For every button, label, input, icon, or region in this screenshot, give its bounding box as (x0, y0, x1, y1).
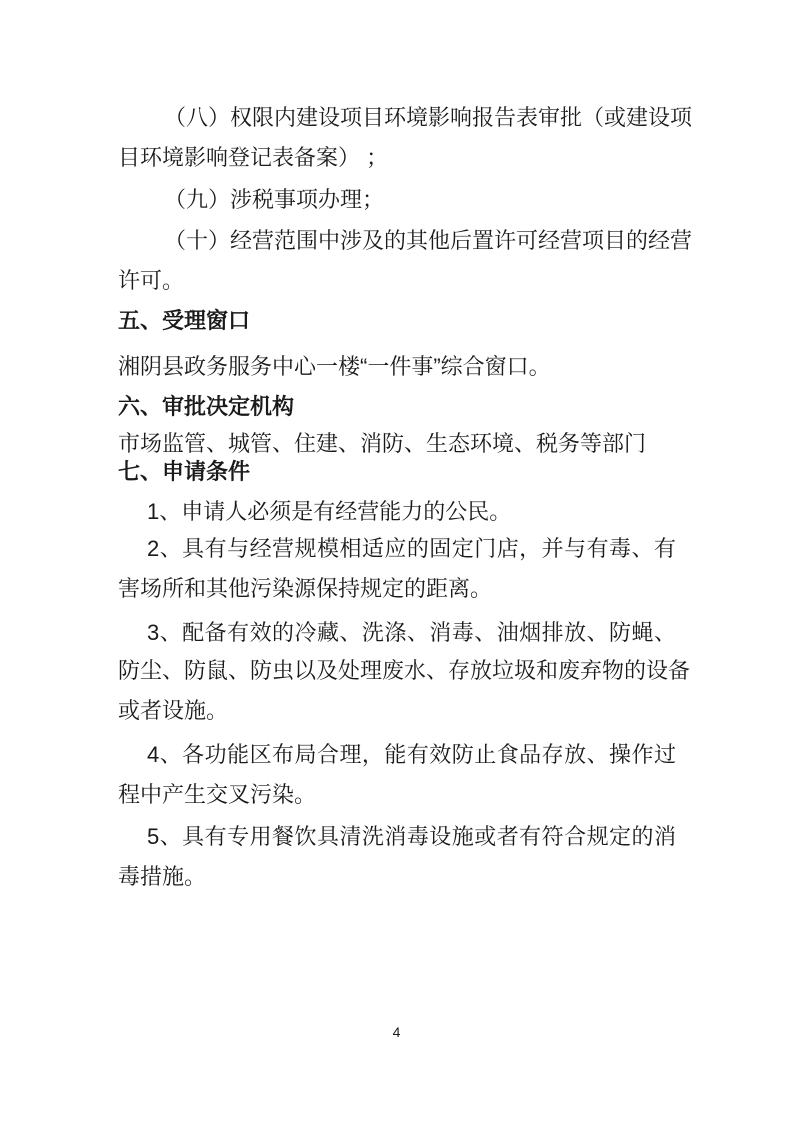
para-condition-3-line2: 防尘、防鼠、防虫以及处理废水、存放垃圾和废弃物的设备 (118, 651, 676, 691)
page-footer: 4 (0, 1022, 793, 1042)
para-condition-3-line3: 或者设施。 (118, 691, 676, 731)
document-body: （八）权限内建设项目环境影响报告表审批（或建设项 目环境影响登记表备案） ； （… (118, 98, 676, 897)
document-page: （八）权限内建设项目环境影响报告表审批（或建设项 目环境影响登记表备案） ； （… (0, 0, 793, 1122)
para-condition-4-line2: 程中产生交叉污染。 (118, 775, 676, 815)
page-number: 4 (393, 1024, 401, 1040)
para-condition-5-line1: 5、具有专用餐饮具清洗消毒设施或者有符合规定的消 (118, 817, 676, 857)
para-section-5-body: 湘阴县政务服务中心一楼“一件事”综合窗口。 (118, 347, 676, 387)
para-condition-2-line1: 2、具有与经营规模相适应的固定门店，并与有毒、有 (118, 529, 676, 569)
para-item-9: （九）涉税事项办理； (118, 180, 676, 220)
para-item-10-line1: （十）经营范围中涉及的其他后置许可经营项目的经营 (118, 221, 676, 261)
para-condition-5-line2: 毒措施。 (118, 857, 676, 897)
para-condition-2-line2: 害场所和其他污染源保持规定的距离。 (118, 569, 676, 609)
heading-section-6: 六、审批决定机构 (118, 387, 676, 427)
para-condition-1: 1、申请人必须是有经营能力的公民。 (118, 492, 676, 532)
para-item-8-line1: （八）权限内建设项目环境影响报告表审批（或建设项 (118, 98, 676, 138)
para-condition-4-line1: 4、各功能区布局合理，能有效防止食品存放、操作过 (118, 735, 676, 775)
heading-section-5: 五、受理窗口 (118, 301, 676, 341)
para-item-8-line2: 目环境影响登记表备案） ； (118, 138, 676, 178)
para-item-10-line2: 许可。 (118, 261, 676, 301)
para-condition-3-line1: 3、配备有效的冷藏、洗涤、消毒、油烟排放、防蝇、 (118, 613, 676, 653)
